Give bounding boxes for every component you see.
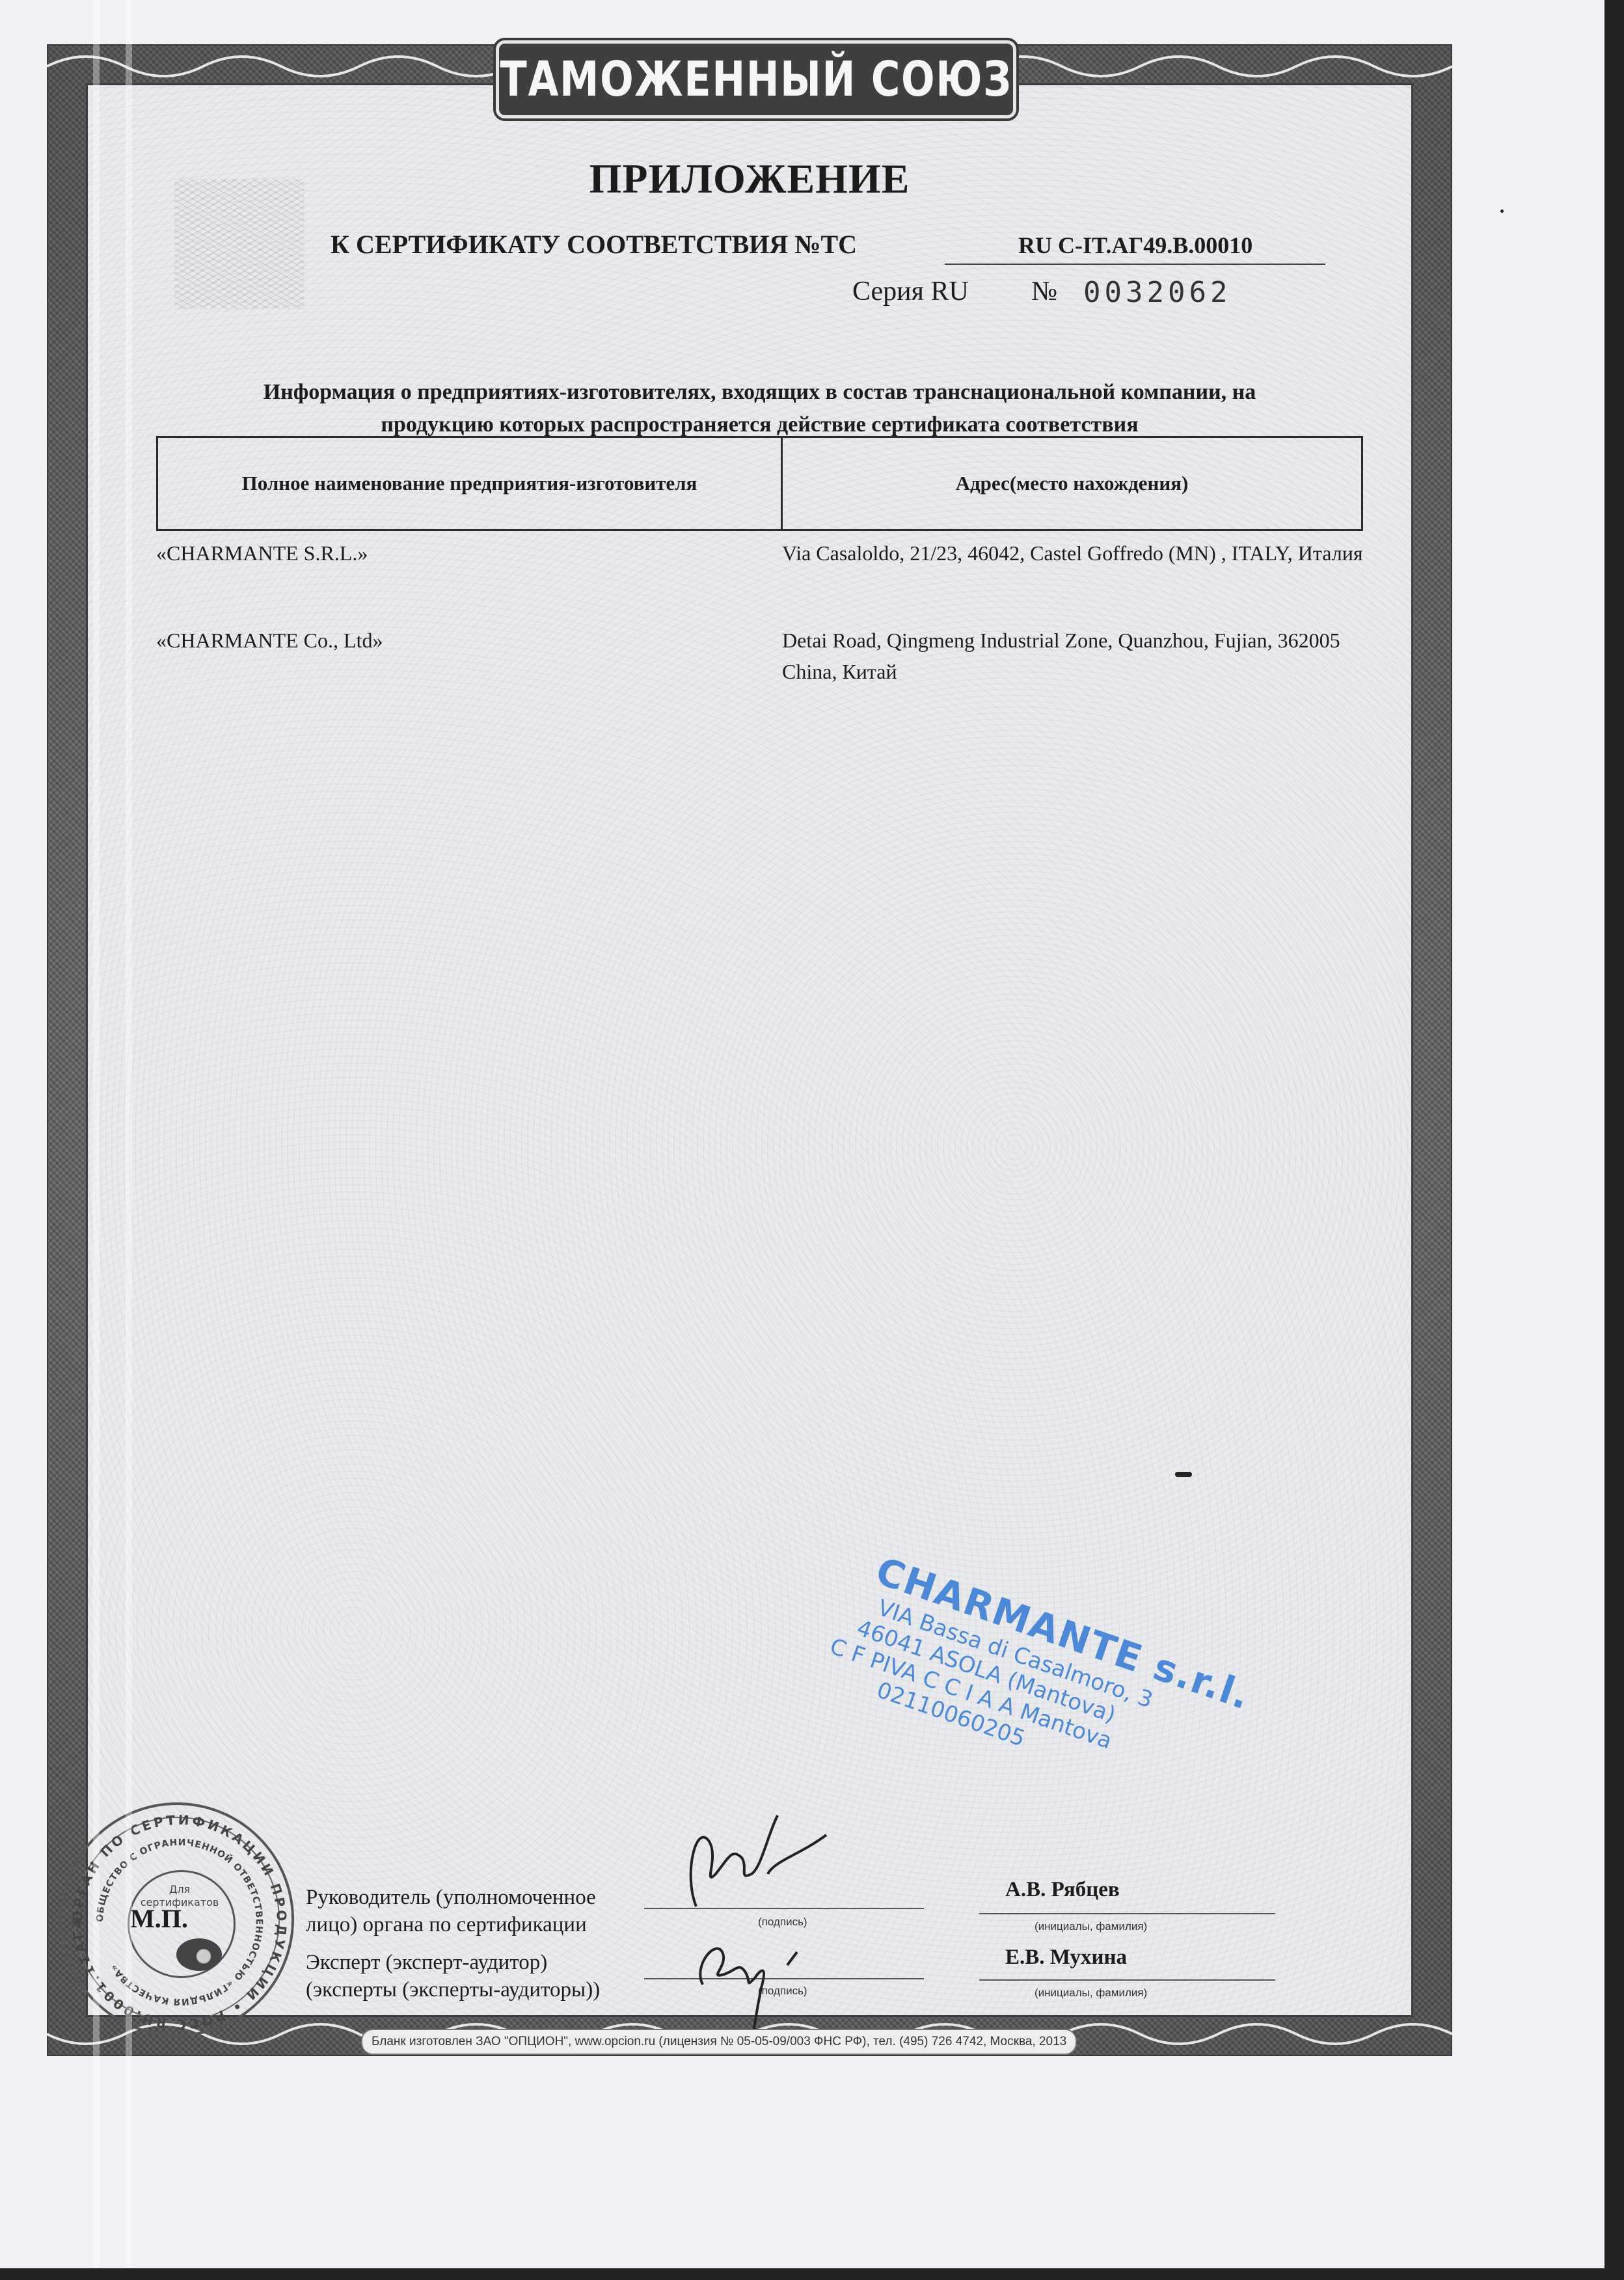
name-caption: (инициалы, фамилия) bbox=[1035, 1987, 1147, 2000]
scan-streak bbox=[93, 0, 100, 2280]
manufacturer-address: Via Casaloldo, 21/23, 46042, Castel Goff… bbox=[782, 537, 1368, 569]
role-line-1: Руководитель (уполномоченное bbox=[306, 1884, 596, 1911]
name-caption: (инициалы, фамилия) bbox=[1035, 1920, 1147, 1933]
column-header-address: Адрес(место нахождения) bbox=[783, 438, 1361, 529]
scan-streak bbox=[126, 0, 132, 2280]
scanner-edge-right bbox=[1604, 0, 1624, 2280]
signatory-role-expert: Эксперт (эксперт-аудитор) (эксперты (экс… bbox=[306, 1949, 600, 2003]
name-line bbox=[979, 1913, 1275, 1914]
manufacturer-name: «CHARMANTE S.R.L.» bbox=[156, 537, 368, 569]
stamp-place-label: М.П. bbox=[130, 1903, 188, 1934]
signatory-name: А.В. Рябцев bbox=[1005, 1878, 1120, 1902]
handwritten-signature-head bbox=[670, 1796, 839, 1920]
certificate-underline bbox=[945, 264, 1325, 265]
name-line bbox=[979, 1979, 1275, 1981]
role-line-1: Эксперт (эксперт-аудитор) bbox=[306, 1949, 600, 1976]
seal-emblem-icon bbox=[176, 1938, 222, 1971]
banner-title: ТАМОЖЕННЫЙ СОЮЗ bbox=[500, 51, 1012, 107]
signatory-role-head: Руководитель (уполномоченное лицо) орган… bbox=[306, 1884, 596, 1938]
printer-note: Бланк изготовлен ЗАО "ОПЦИОН", www.opcio… bbox=[361, 2029, 1077, 2055]
signatory-name: Е.В. Мухина bbox=[1005, 1946, 1127, 1970]
certificate-label: К СЕРТИФИКАТУ СООТВЕТСТВИЯ №ТС bbox=[331, 229, 857, 260]
series-number: 0032062 bbox=[1083, 276, 1231, 309]
page-title: ПРИЛОЖЕНИЕ bbox=[0, 155, 1499, 203]
scanner-edge-bottom bbox=[0, 2268, 1624, 2280]
info-heading-line-1: Информация о предприятиях-изготовителях,… bbox=[156, 376, 1363, 409]
role-line-2: лицо) органа по сертификации bbox=[306, 1911, 596, 1938]
manufacturers-table-header: Полное наименование предприятия-изготови… bbox=[156, 436, 1363, 531]
manufacturer-address: Detai Road, Qingmeng Industrial Zone, Qu… bbox=[782, 625, 1368, 687]
certificate-number: RU С-IT.АГ49.В.00010 bbox=[1018, 232, 1252, 259]
column-header-name: Полное наименование предприятия-изготови… bbox=[158, 438, 783, 529]
series-label: Серия RU bbox=[852, 276, 969, 307]
handwritten-signature-expert bbox=[683, 1926, 826, 2037]
customs-union-banner: ТАМОЖЕННЫЙ СОЮЗ bbox=[496, 40, 1016, 118]
manufacturer-name: «CHARMANTE Co., Ltd» bbox=[156, 625, 383, 656]
scan-speck bbox=[1500, 210, 1504, 213]
role-line-2: (эксперты (эксперты-аудиторы)) bbox=[306, 1976, 600, 2003]
series-number-sign: № bbox=[1031, 276, 1057, 307]
scan-speck bbox=[1175, 1472, 1192, 1477]
manufacturers-info-heading: Информация о предприятиях-изготовителях,… bbox=[156, 376, 1363, 441]
